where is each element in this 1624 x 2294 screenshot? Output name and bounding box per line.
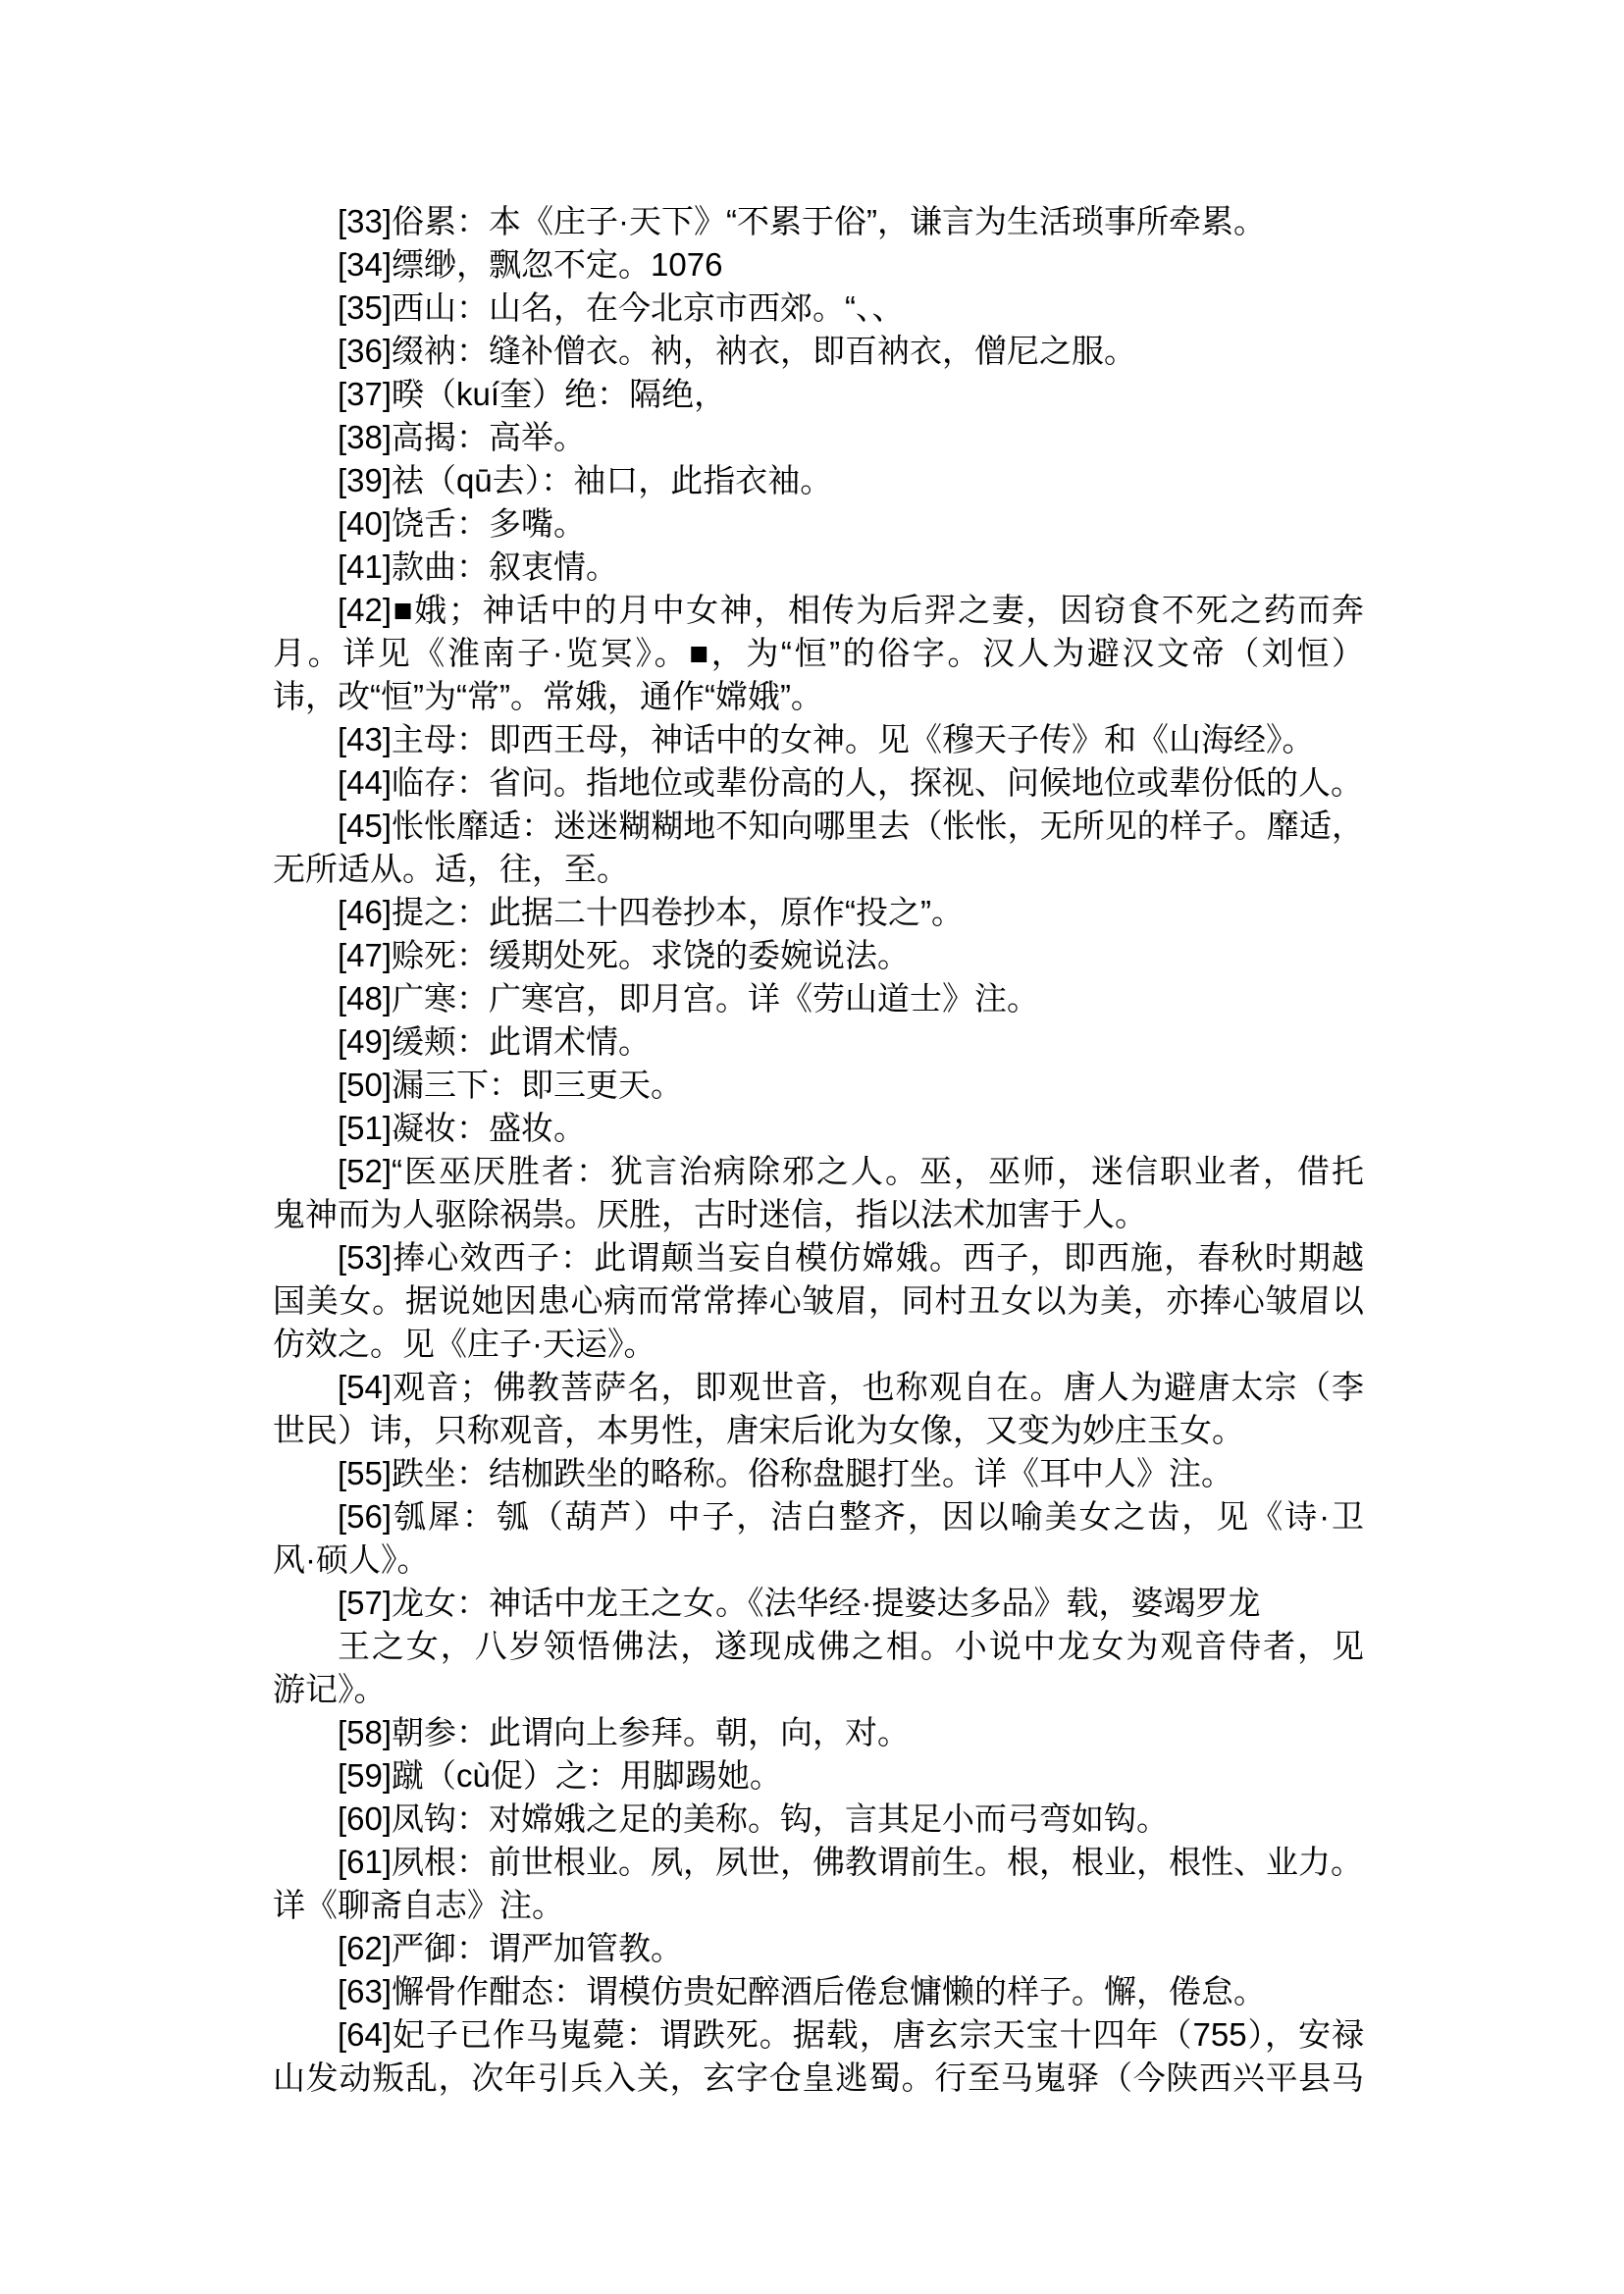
text-line: 详《聊斋自志》注。 [273,1884,1364,1927]
text-line: [37]暌（kuí奎）绝：隔绝， [273,373,1364,416]
text-line: [58]朝参：此谓向上参拜。朝，向，对。 [273,1711,1364,1754]
text-line: [46]提之：此据二十四卷抄本，原作“投之”。 [273,891,1364,934]
text-line: 仿效之。见《庄子·天运》。 [273,1323,1364,1366]
text-line: [35]西山：山名，在今北京市西郊。“、、 [273,287,1364,330]
text-line: [57]龙女：神话中龙王之女。《法华经·提婆达多品》载，婆竭罗龙 [273,1582,1364,1625]
text-line: [63]懈骨作酣态：谓模仿贵妃醉酒后倦怠慵懒的样子。懈，倦怠。 [273,1970,1364,2013]
text-line: [43]主母：即西王母，神话中的女神。见《穆天子传》和《山海经》。 [273,718,1364,761]
text-line: [59]蹴（cù促）之：用脚踢她。 [273,1754,1364,1798]
text-line: [44]临存：省问。指地位或辈份高的人，探视、问候地位或辈份低的人。 [273,761,1364,805]
text-line: 讳，改“恒”为“常”。常娥，通作“嫦娥”。 [273,675,1364,718]
text-line: 鬼神而为人驱除祸祟。厌胜，古时迷信，指以法术加害于人。 [273,1193,1364,1236]
text-line: 世民）讳，只称观音，本男性，唐宋后讹为女像，又变为妙庄玉女。 [273,1409,1364,1452]
text-line: [54]观音；佛教菩萨名，即观世音，也称观自在。唐人为避唐太宗（李 [273,1366,1364,1409]
text-line: [49]缓颊：此谓术情。 [273,1020,1364,1064]
text-line: [40]饶舌：多嘴。 [273,502,1364,546]
text-line: [48]广寒：广寒宫，即月宫。详《劳山道士》注。 [273,977,1364,1020]
text-line: [36]缀衲：缝补僧衣。衲，衲衣，即百衲衣，僧尼之服。 [273,330,1364,373]
text-line: [50]漏三下：即三更天。 [273,1064,1364,1107]
text-line: [45]怅怅靡适：迷迷糊糊地不知向哪里去（怅怅，无所见的样子。靡适， [273,805,1364,848]
text-line: [38]高揭：高举。 [273,416,1364,459]
text-line: [34]缥缈，飘忽不定。1076 [273,243,1364,287]
text-line: 月。详见《淮南子·览冥》。■，为“恒”的俗字。汉人为避汉文帝（刘恒） [273,632,1364,675]
text-line: [64]妃子已作马嵬薨：谓跌死。据载，唐玄宗天宝十四年（755），安禄 [273,2013,1364,2057]
text-line: [47]赊死：缓期处死。求饶的委婉说法。 [273,934,1364,977]
text-line: [52]“医巫厌胜者：犹言治病除邪之人。巫，巫师，迷信职业者，借托 [273,1150,1364,1193]
text-line: [51]凝妆：盛妆。 [273,1107,1364,1150]
text-line: [41]款曲：叙衷情。 [273,546,1364,589]
text-line: [33]俗累：本《庄子·天下》“不累于俗”，谦言为生活琐事所牵累。 [273,200,1364,243]
text-line: [42]■娥；神话中的月中女神，相传为后羿之妻，因窃食不死之药而奔 [273,589,1364,632]
text-line: [39]祛（qū去）：袖口，此指衣袖。 [273,459,1364,502]
text-line: 风·硕人》。 [273,1538,1364,1582]
text-line: 山发动叛乱，次年引兵入关，玄字仓皇逃蜀。行至马嵬驿（今陕西兴平县马 [273,2057,1364,2100]
text-line: [56]瓠犀：瓠（葫芦）中子，洁白整齐，因以喻美女之齿，见《诗·卫 [273,1495,1364,1538]
text-line: 游记》。 [273,1668,1364,1711]
text-line: 无所适从。适，往，至。 [273,848,1364,891]
text-line: [60]凤钩：对嫦娥之足的美称。钩，言其足小而弓弯如钩。 [273,1798,1364,1841]
document-page: [33]俗累：本《庄子·天下》“不累于俗”，谦言为生活琐事所牵累。[34]缥缈，… [0,0,1624,2294]
text-line: [61]夙根：前世根业。夙，夙世，佛教谓前生。根，根业，根性、业力。 [273,1841,1364,1884]
text-line: [62]严御：谓严加管教。 [273,1927,1364,1970]
text-line: 王之女，八岁领悟佛法，遂现成佛之相。小说中龙女为观音侍者，见《西 [273,1625,1364,1668]
text-line: 国美女。据说她因患心病而常常捧心皱眉，同村丑女以为美，亦捧心皱眉以 [273,1279,1364,1323]
text-line: [55]跌坐：结枷跌坐的略称。俗称盘腿打坐。详《耳中人》注。 [273,1452,1364,1495]
text-line: [53]捧心效西子：此谓颠当妄自模仿嫦娥。西子，即西施，春秋时期越 [273,1236,1364,1279]
annotations-text-block: [33]俗累：本《庄子·天下》“不累于俗”，谦言为生活琐事所牵累。[34]缥缈，… [273,200,1364,2100]
